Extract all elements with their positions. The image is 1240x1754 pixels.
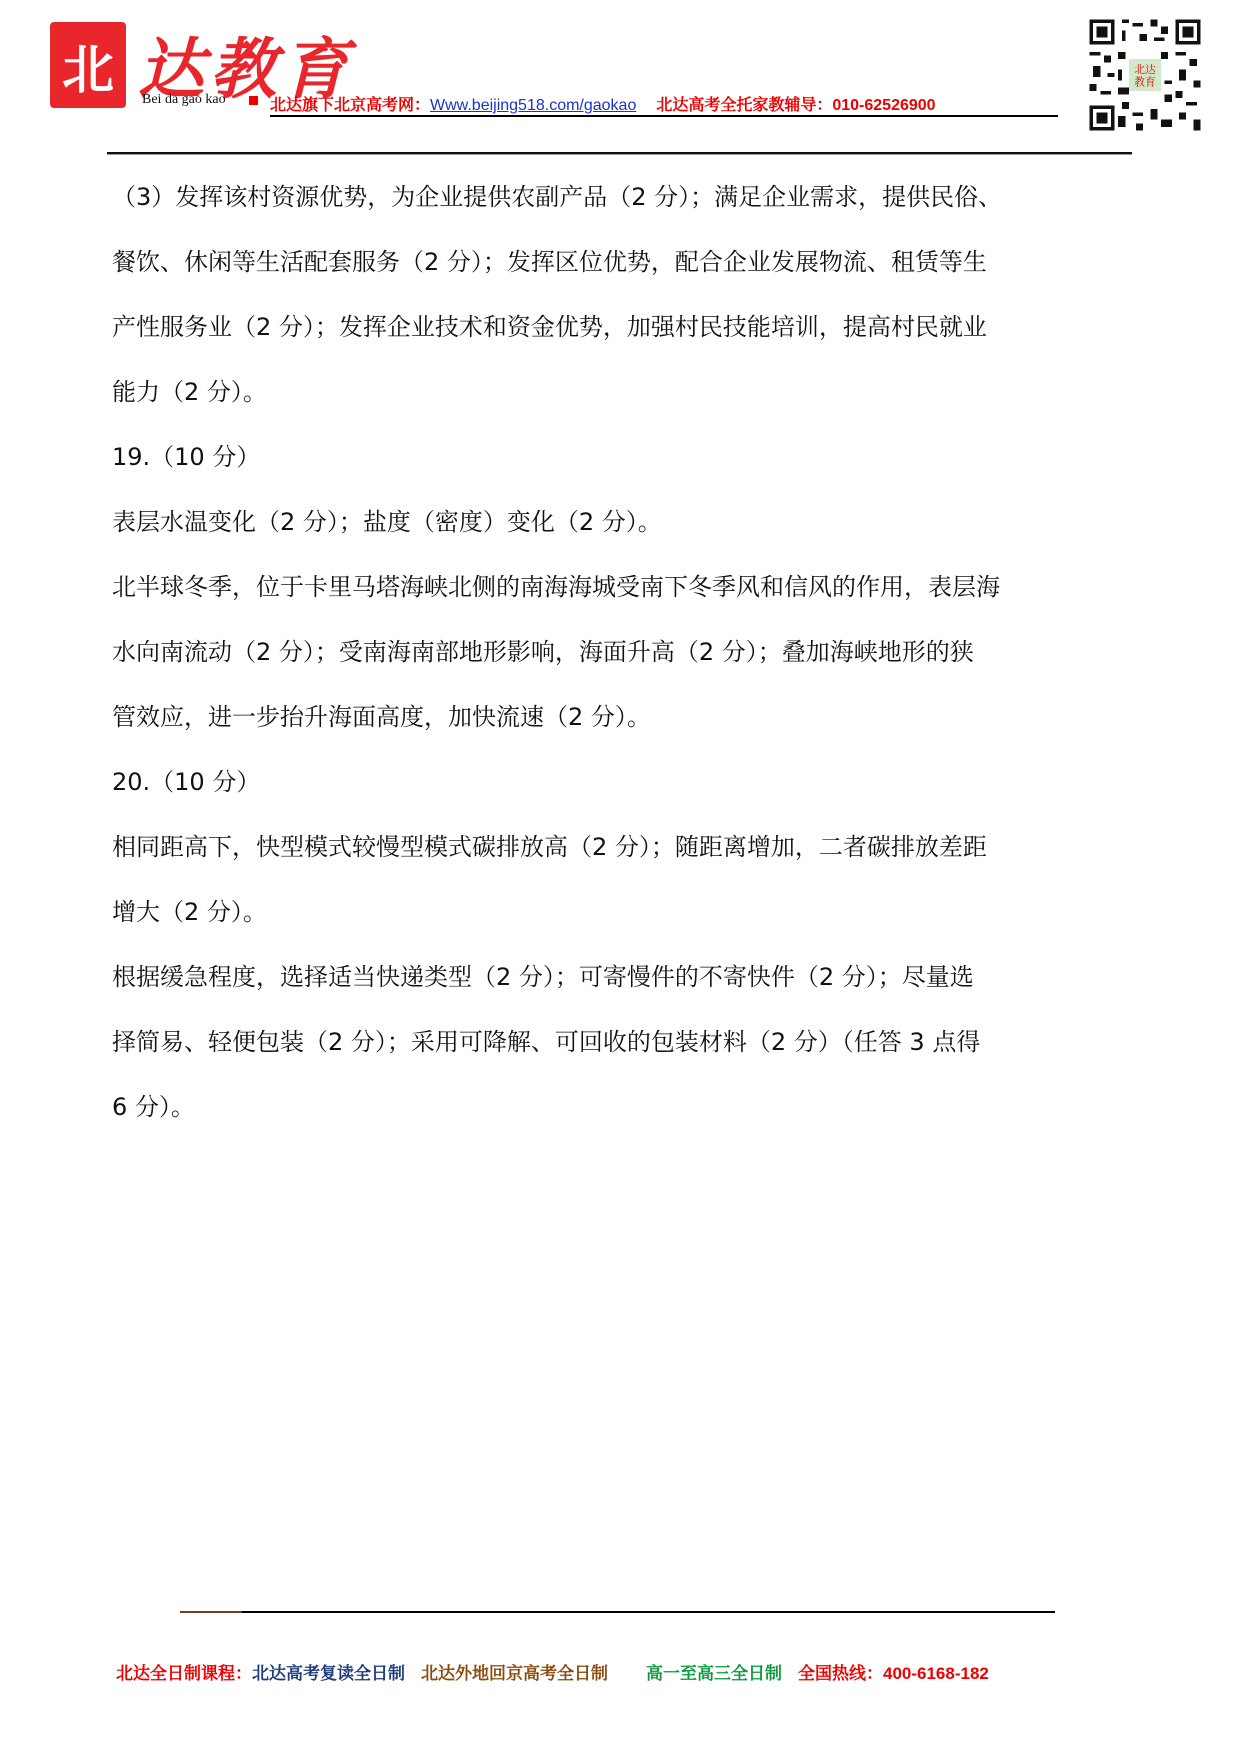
answer-line: （3）发挥该村资源优势，为企业提供农副产品（2 分）；满足企业需求，提供民俗、 bbox=[112, 165, 1132, 230]
site-link[interactable]: Www.beijing518.com/gaokao bbox=[430, 97, 636, 114]
answer-line: 择简易、轻便包装（2 分）；采用可降解、可回收的包装材料（2 分）（任答 3 点… bbox=[112, 1010, 1132, 1075]
answer-line: 增大（2 分）。 bbox=[112, 880, 1132, 945]
answer-line: 表层水温变化（2 分）；盐度（密度）变化（2 分）。 bbox=[112, 490, 1132, 555]
site-label: 北达旗下北京高考网： bbox=[270, 97, 430, 114]
footer-course-2: 北达外地回京高考全日制 bbox=[421, 1664, 608, 1683]
footer-hotline: 全国热线：400-6168-182 bbox=[798, 1664, 989, 1683]
bullet-square-icon bbox=[249, 96, 258, 105]
answer-line: 管效应，进一步抬升海面高度，加快流速（2 分）。 bbox=[112, 685, 1132, 750]
footer-info: 北达全日制课程：北达高考复读全日制北达外地回京高考全日制高一至高三全日制全国热线… bbox=[116, 1659, 1005, 1684]
answer-line: 根据缓急程度，选择适当快递类型（2 分）；可寄慢件的不寄快件（2 分）；尽量选 bbox=[112, 945, 1132, 1010]
logo-char: 北 bbox=[62, 28, 114, 103]
qr-code-icon: 北达 教育 bbox=[1086, 16, 1204, 134]
svg-text:教育: 教育 bbox=[1134, 76, 1156, 89]
header-info: 北达旗下北京高考网：Www.beijing518.com/gaokao北达高考全… bbox=[270, 92, 936, 115]
answer-line: 水向南流动（2 分）；受南海南部地形影响，海面升高（2 分）；叠加海峡地形的狭 bbox=[112, 620, 1132, 685]
page-top-divider bbox=[107, 152, 1132, 155]
answer-line: 餐饮、休闲等生活配套服务（2 分）；发挥区位优势，配合企业发展物流、租赁等生 bbox=[112, 230, 1132, 295]
logo-emblem: 北 bbox=[50, 22, 126, 108]
question-heading-19: 19.（10 分） bbox=[112, 425, 1132, 490]
header-divider bbox=[270, 115, 1058, 117]
answer-line: 北半球冬季，位于卡里马塔海峡北侧的南海海城受南下冬季风和信风的作用，表层海 bbox=[112, 555, 1132, 620]
answer-line: 相同距高下，快型模式较慢型模式碳排放高（2 分）；随距离增加，二者碳排放差距 bbox=[112, 815, 1132, 880]
footer-course-1: 北达高考复读全日制 bbox=[252, 1664, 405, 1683]
footer-courses-label: 北达全日制课程： bbox=[116, 1664, 252, 1683]
question-heading-20: 20.（10 分） bbox=[112, 750, 1132, 815]
svg-text:北达: 北达 bbox=[1134, 63, 1156, 76]
tutor-phone: 北达高考全托家教辅导：010-62526900 bbox=[656, 97, 935, 114]
footer-course-3: 高一至高三全日制 bbox=[646, 1664, 782, 1683]
answer-line: 6 分）。 bbox=[112, 1075, 1132, 1140]
footer-divider bbox=[180, 1611, 1055, 1613]
logo-subtitle: Bei da gao kao bbox=[142, 92, 226, 108]
answer-line: 产性服务业（2 分）；发挥企业技术和资金优势，加强村民技能培训，提高村民就业 bbox=[112, 295, 1132, 360]
answer-line: 能力（2 分）。 bbox=[112, 360, 1132, 425]
answer-content: （3）发挥该村资源优势，为企业提供农副产品（2 分）；满足企业需求，提供民俗、 … bbox=[112, 165, 1132, 1140]
